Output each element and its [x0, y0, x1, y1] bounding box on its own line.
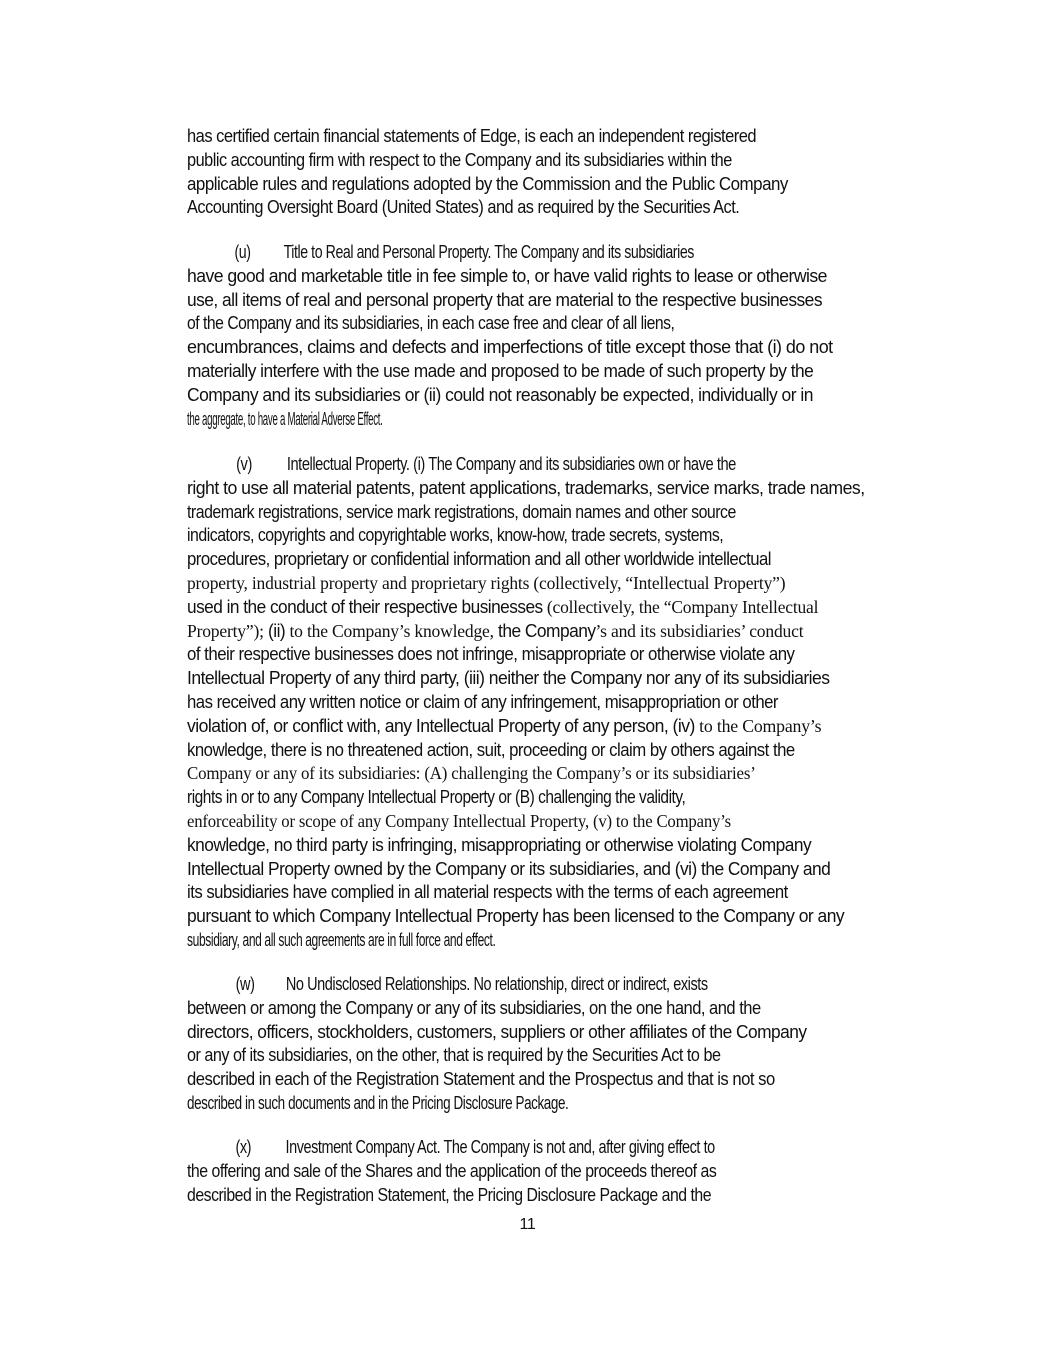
text-line: have good and marketable title in fee si…	[187, 265, 922, 289]
text-segment: knowledge, no third party is infringing,…	[187, 835, 811, 855]
text-line: encumbrances, claims and defects and imp…	[187, 336, 937, 360]
text-segment: or any of its subsidiaries, on the other…	[187, 1045, 720, 1065]
text-segment: Accounting Oversight Board (United State…	[187, 197, 739, 217]
text-line: (w)No Undisclosed Relationships. No rela…	[187, 973, 793, 997]
text-line: enforceability or scope of any Company I…	[187, 810, 878, 834]
text-segment: Intellectual Property. (i) The Company a…	[287, 454, 736, 474]
text-segment: the aggregate, to have a Material Advers…	[187, 409, 383, 429]
text-segment: enforceability or scope of any Company I…	[187, 811, 731, 831]
document-page: has certified certain financial statemen…	[0, 0, 1055, 1365]
text-segment: encumbrances, claims and defects and imp…	[187, 337, 833, 357]
text-segment: has received any written notice or claim…	[187, 692, 778, 712]
paragraph-u-title-to-property: (u)Title to Real and Personal Property. …	[187, 241, 947, 431]
page-number: 11	[0, 1216, 1055, 1234]
text-line: used in the conduct of their respective …	[187, 596, 908, 620]
text-segment: Company or any of its subsidiaries: (A) …	[187, 763, 756, 783]
text-segment: has certified certain financial statemen…	[187, 126, 756, 146]
text-segment: the offering and sale of the Shares and …	[187, 1161, 716, 1181]
text-segment: Investment Company Act. The Company is n…	[286, 1137, 715, 1157]
paragraph-w-no-undisclosed-relationships: (w)No Undisclosed Relationships. No rela…	[187, 973, 947, 1116]
text-segment: property, industrial property and propri…	[187, 573, 785, 593]
text-segment: (collectively, the “Company Intellectual	[547, 597, 818, 617]
text-segment: described in such documents and in the P…	[187, 1093, 568, 1113]
text-segment: described in the Registration Statement,…	[187, 1185, 711, 1205]
text-segment: the Company	[498, 621, 595, 641]
paragraph-x-investment-company-act: (x)Investment Company Act. The Company i…	[187, 1136, 947, 1207]
text-line: of their respective businesses does not …	[187, 643, 890, 667]
text-line: Property”); (ii) to the Company’s knowle…	[187, 620, 912, 644]
text-segment: to the Company’s	[699, 716, 821, 736]
text-segment: of the Company and its subsidiaries, in …	[187, 313, 674, 333]
text-segment: Title to Real and Personal Property. The…	[284, 242, 694, 262]
text-line: (x)Investment Company Act. The Company i…	[187, 1136, 791, 1160]
text-segment: have good and marketable title in fee si…	[187, 266, 827, 286]
text-segment: pursuant to which Company Intellectual P…	[187, 906, 844, 926]
text-segment: knowledge, there is no threatened action…	[187, 740, 795, 760]
text-line: applicable rules and regulations adopted…	[187, 173, 895, 197]
text-line: (v)Intellectual Property. (i) The Compan…	[187, 453, 799, 477]
text-line: its subsidiaries have complied in all ma…	[187, 881, 885, 905]
text-line: knowledge, no third party is infringing,…	[187, 834, 911, 858]
text-line: or any of its subsidiaries, on the other…	[187, 1044, 863, 1068]
text-line: between or among the Company or any of i…	[187, 997, 877, 1021]
paragraph-label: (w)	[236, 973, 286, 997]
text-line: violation of, or conflict with, any Inte…	[187, 715, 921, 739]
text-segment: procedures, proprietary or confidential …	[187, 549, 771, 569]
text-line: rights in or to any Company Intellectual…	[187, 786, 834, 810]
text-line: trademark registrations, service mark re…	[187, 501, 850, 525]
text-line: described in each of the Registration St…	[187, 1068, 883, 1092]
paragraph-v-intellectual-property: (v)Intellectual Property. (i) The Compan…	[187, 453, 947, 953]
paragraph-label: (u)	[235, 241, 284, 265]
text-segment: No Undisclosed Relationships. No relatio…	[286, 974, 708, 994]
text-segment: subsidiary, and all such agreements are …	[187, 930, 495, 950]
text-segment: trademark registrations, service mark re…	[187, 502, 736, 522]
text-line: described in the Registration Statement,…	[187, 1184, 848, 1208]
text-line: the offering and sale of the Shares and …	[187, 1160, 850, 1184]
text-line: has received any written notice or claim…	[187, 691, 886, 715]
text-segment: of their respective businesses does not …	[187, 644, 794, 664]
text-segment: Intellectual Property owned by the Compa…	[187, 859, 830, 879]
text-segment: violation of, or conflict with, any Inte…	[187, 716, 699, 736]
text-line: indicators, copyrights and copyrightable…	[187, 524, 849, 548]
text-line: Company or any of its subsidiaries: (A) …	[187, 762, 885, 786]
text-line: pursuant to which Company Intellectual P…	[187, 905, 917, 929]
text-segment: Company and its subsidiaries or (ii) cou…	[187, 385, 813, 405]
text-segment: ’s and its subsidiaries’ conduct	[595, 621, 803, 641]
text-line: Intellectual Property owned by the Compa…	[187, 858, 913, 882]
text-segment: right to use all material patents, paten…	[187, 478, 865, 498]
text-line: (u)Title to Real and Personal Property. …	[187, 241, 779, 265]
text-segment: between or among the Company or any of i…	[187, 998, 761, 1018]
paragraph-label: (x)	[235, 1136, 285, 1160]
text-line: right to use all material patents, paten…	[187, 477, 926, 501]
text-segment: to the Company’s knowledge,	[289, 621, 498, 641]
paragraph-label: (v)	[236, 453, 287, 477]
text-segment: directors, officers, stockholders, custo…	[187, 1022, 807, 1042]
text-line: subsidiary, and all such agreements are …	[187, 929, 689, 953]
text-segment: its subsidiaries have complied in all ma…	[187, 882, 788, 902]
text-line: described in such documents and in the P…	[187, 1092, 749, 1116]
text-line: property, industrial property and propri…	[187, 572, 909, 596]
text-line: public accounting firm with respect to t…	[187, 149, 868, 173]
text-line: knowledge, there is no threatened action…	[187, 739, 887, 763]
text-line: of the Company and its subsidiaries, in …	[187, 312, 843, 336]
paragraph-continuation: has certified certain financial statemen…	[187, 125, 947, 220]
text-line: materially interfere with the use made a…	[187, 360, 911, 384]
text-segment: Property”);	[187, 621, 268, 641]
text-segment: Intellectual Property of any third party…	[187, 668, 830, 688]
text-segment: described in each of the Registration St…	[187, 1069, 775, 1089]
text-segment: (ii)	[268, 621, 289, 641]
text-segment: use, all items of real and personal prop…	[187, 290, 822, 310]
text-segment: indicators, copyrights and copyrightable…	[187, 525, 723, 545]
text-segment: public accounting firm with respect to t…	[187, 150, 732, 170]
text-line: use, all items of real and personal prop…	[187, 289, 913, 313]
text-line: the aggregate, to have a Material Advers…	[187, 408, 592, 432]
text-line: has certified certain financial statemen…	[187, 125, 875, 149]
text-segment: materially interfere with the use made a…	[187, 361, 813, 381]
text-segment: used in the conduct of their respective …	[187, 597, 547, 617]
text-line: directors, officers, stockholders, custo…	[187, 1021, 911, 1045]
text-line: Company and its subsidiaries or (ii) cou…	[187, 384, 917, 408]
text-line: Intellectual Property of any third party…	[187, 667, 920, 691]
text-segment: rights in or to any Company Intellectual…	[187, 787, 685, 807]
text-segment: applicable rules and regulations adopted…	[187, 174, 788, 194]
text-line: procedures, proprietary or confidential …	[187, 548, 886, 572]
text-line: Accounting Oversight Board (United State…	[187, 196, 870, 220]
